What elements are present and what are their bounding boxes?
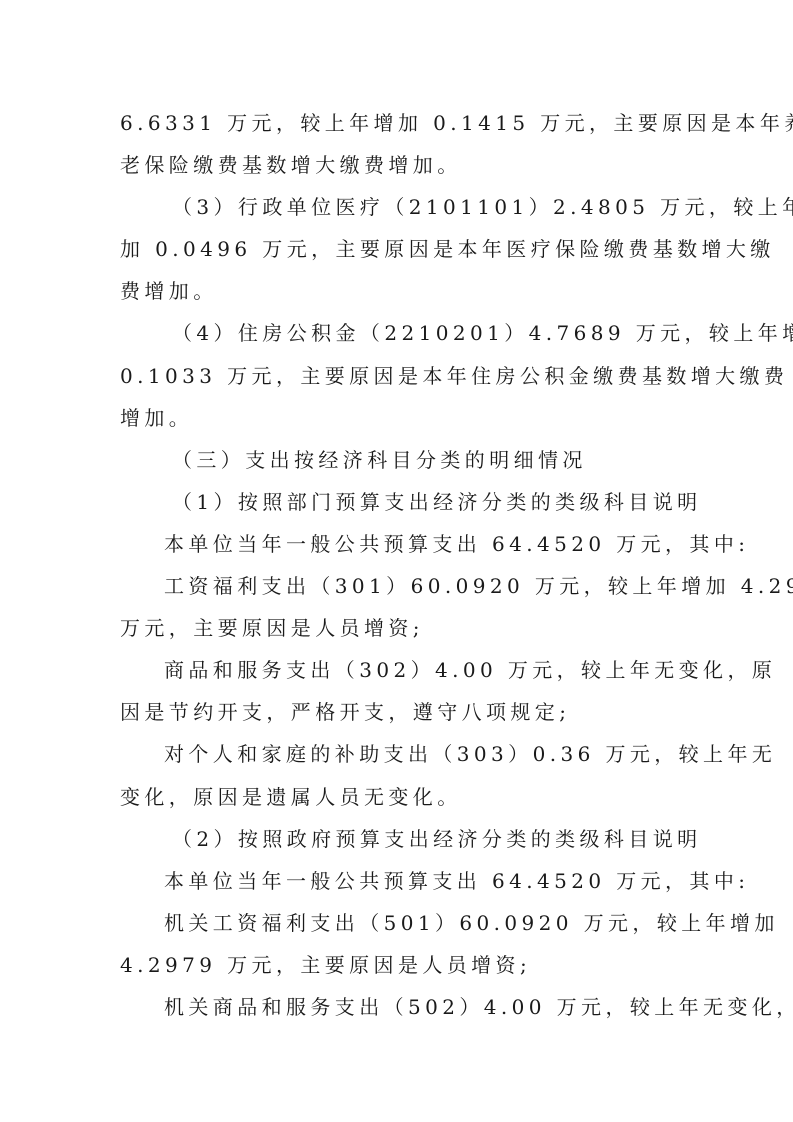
- text-line: 0.1033 万元，主要原因是本年住房公积金缴费基数增大缴费: [120, 355, 674, 397]
- text-line: 老保险缴费基数增大缴费增加。: [120, 144, 674, 186]
- paragraph-dept-302: 商品和服务支出（302）4.00 万元，较上年无变化，原 因是节约开支，严格开支…: [120, 649, 674, 733]
- paragraph-dept-total: 本单位当年一般公共预算支出 64.4520 万元，其中:: [120, 523, 674, 565]
- subsection-heading-1: （1）按照部门预算支出经济分类的类级科目说明: [120, 481, 674, 523]
- section-heading-3: （三）支出按经济科目分类的明细情况: [120, 439, 674, 481]
- heading-line: （1）按照部门预算支出经济分类的类级科目说明: [120, 481, 674, 523]
- text-line: 本单位当年一般公共预算支出 64.4520 万元，其中:: [120, 860, 674, 902]
- heading-line: （三）支出按经济科目分类的明细情况: [120, 439, 674, 481]
- text-line: 万元，主要原因是人员增资;: [120, 607, 674, 649]
- text-line: 本单位当年一般公共预算支出 64.4520 万元，其中:: [120, 523, 674, 565]
- paragraph-dept-301: 工资福利支出（301）60.0920 万元，较上年增加 4.2979 万元，主要…: [120, 565, 674, 649]
- paragraph-dept-303: 对个人和家庭的补助支出（303）0.36 万元，较上年无 变化，原因是遗属人员无…: [120, 733, 674, 817]
- text-line: 费增加。: [120, 270, 674, 312]
- paragraph-gov-501: 机关工资福利支出（501）60.0920 万元，较上年增加 4.2979 万元，…: [120, 902, 674, 986]
- document-page: 6.6331 万元，较上年增加 0.1415 万元，主要原因是本年养 老保险缴费…: [120, 102, 674, 1028]
- text-line: 工资福利支出（301）60.0920 万元，较上年增加 4.2979: [120, 565, 674, 607]
- text-line: （4）住房公积金（2210201）4.7689 万元，较上年增加: [120, 312, 674, 354]
- text-line: 机关工资福利支出（501）60.0920 万元，较上年增加: [120, 902, 674, 944]
- paragraph-gov-total: 本单位当年一般公共预算支出 64.4520 万元，其中:: [120, 860, 674, 902]
- text-line: 4.2979 万元，主要原因是人员增资;: [120, 944, 674, 986]
- paragraph-medical: （3）行政单位医疗（2101101）2.4805 万元，较上年增 加 0.049…: [120, 186, 674, 312]
- text-line: 变化，原因是遗属人员无变化。: [120, 776, 674, 818]
- text-line: 加 0.0496 万元，主要原因是本年医疗保险缴费基数增大缴: [120, 228, 674, 270]
- paragraph-gov-502: 机关商品和服务支出（502）4.00 万元，较上年无变化，: [120, 986, 674, 1028]
- text-line: 商品和服务支出（302）4.00 万元，较上年无变化，原: [120, 649, 674, 691]
- subsection-heading-2: （2）按照政府预算支出经济分类的类级科目说明: [120, 818, 674, 860]
- heading-line: （2）按照政府预算支出经济分类的类级科目说明: [120, 818, 674, 860]
- paragraph-housing-fund: （4）住房公积金（2210201）4.7689 万元，较上年增加 0.1033 …: [120, 312, 674, 438]
- paragraph-pension-continuation: 6.6331 万元，较上年增加 0.1415 万元，主要原因是本年养 老保险缴费…: [120, 102, 674, 186]
- text-line: 6.6331 万元，较上年增加 0.1415 万元，主要原因是本年养: [120, 102, 674, 144]
- text-line: 对个人和家庭的补助支出（303）0.36 万元，较上年无: [120, 733, 674, 775]
- text-line: 机关商品和服务支出（502）4.00 万元，较上年无变化，: [120, 986, 674, 1028]
- text-line: （3）行政单位医疗（2101101）2.4805 万元，较上年增: [120, 186, 674, 228]
- text-line: 增加。: [120, 397, 674, 439]
- text-line: 因是节约开支，严格开支，遵守八项规定;: [120, 691, 674, 733]
